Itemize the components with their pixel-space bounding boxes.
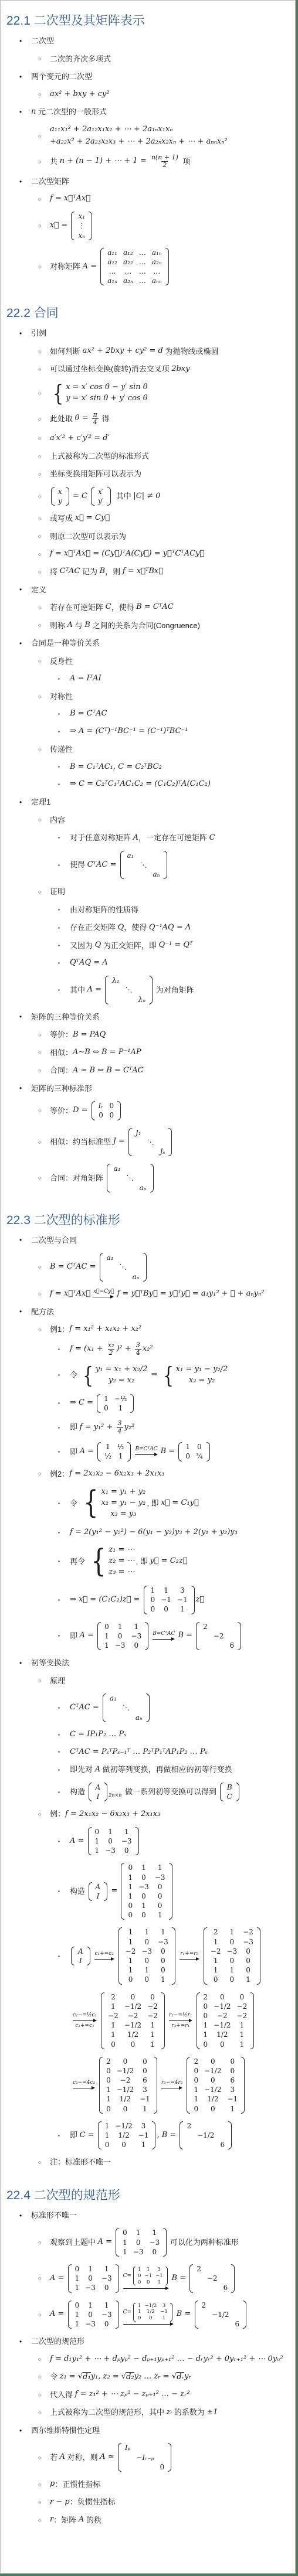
text-run: 即 [70, 1446, 80, 1458]
list-item: ▪⇒ C = 1−½01 [3, 1393, 294, 1413]
matrix-cell: 0 [158, 1604, 174, 1614]
matrix-cell: 0 [112, 2140, 135, 2149]
list-item: ○f = x⃗ᵀAx⃗x⃗=Cy⃗f = y⃗ᵀBy⃗ = y⃗ᵀy⃗ = a₁… [3, 1289, 294, 1300]
text-run: 上式被称为二次型的规范形，其中 [50, 2407, 167, 2418]
matrix-cell: 0 [125, 1910, 136, 1920]
math-inline: B = CᵀAC [70, 708, 107, 720]
math-line: +a₂₂x² + 2a₂₃x₂x₃ + ⋯ + 2a₂ₙx₂xₙ + ⋯ + a… [50, 137, 228, 148]
paren-right-icon [154, 2057, 157, 2114]
matrix-cell: −2 [105, 2011, 121, 2020]
math-inline: A [67, 620, 73, 631]
paren-right-icon [168, 2443, 171, 2472]
matrix-cell: −Iᵣ₋ₚ [133, 2453, 157, 2462]
matrix-cell: −3 [82, 2319, 99, 2329]
item-content: r：矩阵 A 的秩 [50, 2514, 294, 2526]
matrix-cell: 1 [234, 2030, 250, 2039]
text-run: ，使得 [111, 602, 137, 614]
equation-system: {x₁ = y₁ + y₂x₂ = y₁ − y₂x₃ = y₃ [81, 1487, 146, 1520]
bullet-icon: ○ [37, 91, 50, 97]
matrix-cell [157, 1137, 168, 1147]
paren-right-icon [146, 1694, 150, 1722]
matrix: 01110−31−30 [116, 2228, 167, 2257]
item-content: 代入得 f = z₁² + ⋯ zₚ² − zₚ₊₁² … − zᵣ² [50, 2389, 294, 2401]
sqrt-expression: √dᵣ [172, 2372, 184, 2381]
paren-left-icon [99, 2057, 103, 2114]
matrix: 2000−1/2−20−2−21−1/2111/21001 [197, 1992, 255, 2049]
system-line: x₂ = y₁ − y₂ [101, 1498, 145, 1509]
bullet-icon: ▪ [57, 2133, 70, 2138]
item-content: 西尔维斯特惯性定理 [31, 2425, 294, 2437]
text-run: 相似：约当标准型 [50, 1136, 113, 1148]
bullet-icon: ▪ [57, 987, 70, 993]
arrow-shaft-icon [93, 1294, 114, 1299]
matrix-cell: −2 [204, 2274, 221, 2283]
bullet-icon: ▪ [57, 1372, 70, 1378]
paren-right-icon [136, 1827, 139, 1856]
arrow-label: c₃+=c₁ [75, 2023, 94, 2029]
bullet-icon: ○ [37, 747, 50, 752]
bullet-icon: ▪ [57, 1401, 70, 1406]
matrix-cell: −1/2 [114, 2066, 137, 2076]
matrix-cell: 0 [223, 1975, 240, 1984]
text-run: 即 [70, 1630, 80, 1642]
matrix-cell [136, 985, 148, 994]
matrix-cell: a₁ [111, 1164, 124, 1173]
bullet-icon: • [18, 1013, 31, 1021]
text-run: 可以通过坐标变换(旋转)消去交叉项 [50, 363, 171, 375]
math-inline: f = x⃗ᵀAx⃗ = (Cy⃗)ᵀA(Cy⃗) = y⃗ᵀCᵀACy⃗ [50, 548, 204, 560]
matrix-cell [232, 2310, 243, 2319]
paren-right-icon [149, 976, 153, 1004]
text-run: 构造 [70, 1786, 87, 1798]
matrix-cell: 0 [143, 2315, 158, 2322]
item-content: 二次的齐次多项式 [50, 53, 294, 65]
matrix: 2−1/26 [195, 2301, 247, 2329]
transform-arrow: c₃−=4c₂ [73, 2080, 95, 2090]
matrix-cell: 1 [72, 2310, 83, 2319]
matrix-cell: a₁₂ [104, 257, 120, 267]
matrix-cell: −1 [154, 2273, 165, 2279]
matrix-cell: −1 [224, 2094, 241, 2104]
matrix: 1130−1−1001 [133, 2267, 167, 2285]
matrix-cell: 0 [136, 2315, 143, 2322]
matrix-cell: 2 [105, 1992, 121, 2002]
paren-left-icon [88, 1827, 92, 1856]
matrix: AI [89, 1783, 108, 1801]
fraction: n(n + 1)2 [150, 154, 180, 169]
paren-left-icon [220, 1783, 223, 1801]
matrix-cell: a₂ₙ [120, 276, 136, 285]
matrix-cell: 1 [99, 2264, 115, 2274]
document-page: 22.1 二次型及其矩阵表示•二次型○二次的齐次多项式•两个变元的二次型○ax²… [0, 0, 296, 2574]
matrix-cell: x₁ [75, 212, 88, 221]
math-inline: f = d₁y₁² + ⋯ + dₚyₚ² − dₚ₊₁yₚ₊₁² … − dᵣ… [50, 2354, 283, 2365]
matrix-cell: … [136, 267, 149, 276]
matrix-cell: aₙ [137, 1183, 150, 1192]
text-run: ，使得 [124, 922, 149, 933]
matrix-cell: −3 [147, 2238, 163, 2247]
item-content: ax² + bxy + cy² [50, 89, 294, 100]
matrix: 21−210−3−2−30100110001 [204, 1927, 260, 1984]
bullet-icon: ○ [37, 493, 50, 499]
text-run: 做初等列变换，再做相应的初等行变换 [100, 1764, 232, 1776]
matrix-cell: −1/2 [121, 2002, 144, 2011]
bullet-icon: ▪ [57, 835, 70, 840]
math-inline: |C| ≠ 0 [133, 491, 160, 502]
list-item: ○上式被称为二次型的规范形，其中 zᵢ 的系数为 ±1 [3, 2407, 294, 2418]
matrix-cell: −3 [112, 1641, 128, 1650]
paren-right-icon [241, 2057, 245, 2114]
item-content: a₁₁x₁² + 2a₁₂x₁x₂ + ⋯ + 2a₁ₙx₁xₙ+a₂₂x² +… [50, 124, 294, 148]
matrix-cell: 0 [128, 1641, 145, 1650]
matrix-cell: Iₚ [122, 2443, 134, 2452]
paren-right-icon [143, 1253, 147, 1282]
item-content: f = x⃗ᵀAx⃗x⃗=Cy⃗f = y⃗ᵀBy⃗ = y⃗ᵀy⃗ = a₁y… [50, 1289, 294, 1300]
bullet-icon: ○ [37, 533, 50, 539]
matrix-cell: 0 [191, 2076, 201, 2085]
matrix-cell: 2 [208, 1927, 224, 1937]
item-content: B = CᵀAC [70, 708, 294, 720]
item-content: CᵀAC = a₁⋱aₙ [70, 1693, 294, 1723]
paren-right-icon [161, 1992, 165, 2049]
bullet-icon: ○ [37, 1327, 50, 1333]
math-multiline: a₁₁x₁² + 2a₁₂x₁x₂ + ⋯ + 2a₁ₙx₁xₙ+a₂₂x² +… [50, 124, 228, 148]
math-inline: C [106, 602, 111, 613]
matrix: xy [51, 487, 69, 506]
transform-arrow: B=CᵀAC [135, 1446, 157, 1457]
matrix-cell: 1 [136, 1863, 152, 1872]
list-item: ○ax² + bxy + cy² [3, 89, 294, 100]
matrix-cell: 0 [148, 1595, 158, 1604]
paren-left-icon [195, 2301, 198, 2329]
math-inline: D = [73, 1105, 90, 1116]
list-item: ○或写成 x⃗ = Cy⃗ [3, 513, 294, 524]
math-inline: ±1 [206, 2407, 218, 2418]
list-item: ○反身性 [3, 656, 294, 667]
list-item: ○对称性 [3, 691, 294, 703]
matrix-cell: J₁ [133, 1128, 144, 1137]
matrix-cell: 6 [224, 2076, 241, 2085]
paren-right-icon [152, 2121, 155, 2150]
matrix-cell [227, 1631, 238, 1641]
matrix: 1−1/2311/2−1001 [133, 2303, 172, 2322]
item-content: 则原二次型可以表示为 [50, 531, 294, 543]
arrow-label: C=1−1/2311/2−1001 [123, 2302, 174, 2322]
bullet-icon: ▪ [57, 1839, 70, 1844]
paren-left-icon [189, 2264, 193, 2293]
matrix-cell: 1/2 [143, 2309, 158, 2315]
matrix: 01110−31−30 [68, 2264, 119, 2293]
matrix-cell: … [136, 248, 149, 257]
matrix-cell: 1 [72, 2274, 83, 2283]
matrix-cell: −2 [234, 2011, 250, 2020]
matrix-cell: −1/2 [211, 2020, 233, 2030]
matrix-cell: 0 [240, 1956, 256, 1965]
paren-right-icon [163, 2228, 167, 2257]
matrix-cell: 0 [112, 1631, 128, 1641]
matrix-cell [133, 2443, 157, 2452]
list-item: ▪存在正交矩阵 Q，使得 Q⁻¹AQ = Λ [3, 922, 294, 933]
math-inline: a′x′² + c′y′² = d′ [50, 433, 110, 444]
list-item: ○A = 01110−31−30C=1−1/2311/2−1001B = 2−1… [3, 2300, 294, 2330]
matrix-cell: ⋮ [75, 221, 88, 230]
math-inline: B = [161, 1446, 178, 1457]
text-run: 项 [181, 156, 191, 168]
text-run: 二次型 [31, 35, 54, 47]
math-inline: A = [83, 261, 100, 272]
math-inline: A [60, 2452, 65, 2463]
matrix-cell: −1 [137, 2094, 153, 2104]
equation-system: {z₁ = ⋯z₂ = ⋯z₃ = ⋯ [89, 1545, 135, 1578]
matrix: 11110−3−2−30100110001 [118, 1927, 175, 1984]
item-content: 两个变元的二次型 [31, 71, 294, 83]
list-item: ○例1：f = x₁² + x₁x₂ + x₂² [3, 1324, 294, 1335]
item-content: A = 01110−31−30C=1130−1−1001B = 2−26 [50, 2264, 294, 2294]
item-content: f = x⃗ᵀAx⃗ = (Cy⃗)ᵀA(Cy⃗) = y⃗ᵀCᵀACy⃗ [50, 548, 294, 560]
paren-right-icon [107, 487, 111, 506]
matrix-cell [120, 1694, 133, 1703]
bullet-icon: ○ [37, 658, 50, 664]
matrix-cell: 0 [208, 1975, 224, 1984]
math-inline: ⇒ [148, 1369, 160, 1381]
paren-right-icon [191, 1586, 195, 1614]
matrix-cell: a₁ [104, 1253, 117, 1262]
text-run: 例2： [50, 1468, 69, 1480]
matrix-cell: 0 [137, 2057, 153, 2066]
matrix-cell: 0 [114, 2104, 137, 2114]
list-item: ▪c₃−=4c₂2000−1/200−261−1/2311/2−1001r₃−=… [3, 2056, 294, 2114]
bullet-icon: ○ [37, 1050, 50, 1055]
list-item: ▪对于任意对称矩阵 A，一定存在可逆矩阵 C [3, 832, 294, 844]
paren-right-icon [150, 1164, 154, 1192]
bullet-icon: ▪ [57, 1530, 70, 1535]
list-item: ○则称 A 与 B 之间的关系为合同(Congruence) [3, 620, 294, 632]
system-line: y₁ = x₁ + x₂/2 [96, 1364, 148, 1375]
bullet-icon: ▪ [57, 907, 70, 912]
paren-left-icon [116, 2228, 119, 2257]
matrix-cell: 0 [148, 1604, 158, 1614]
matrix-cell: x [55, 487, 65, 496]
math-inline: zᵢ [167, 2407, 172, 2418]
text-run: 令 [70, 1498, 80, 1510]
matrix: a₁⋱aₙ [103, 1694, 150, 1722]
list-item: ○等价：D = Iᵣ000 [3, 1100, 294, 1120]
matrix-cell [104, 1272, 117, 1282]
bullet-icon: ▪ [57, 1749, 70, 1754]
matrix-cell: 1 [123, 1937, 139, 1947]
matrix-cell: 1 [152, 1910, 168, 1920]
item-content: p：正惯性指标 [50, 2479, 294, 2490]
matrix-cell: y′ [95, 496, 107, 506]
matrix-cell [200, 1641, 211, 1650]
item-content: 证明 [50, 886, 294, 898]
matrix-cell: 1 [136, 2140, 152, 2149]
item-content: A = IᵀAI [70, 673, 294, 684]
matrix-cell: 2 [199, 2301, 209, 2310]
matrix-cell: … [149, 267, 165, 276]
math-inline: yᵣ [184, 2371, 191, 2383]
arrow-shaft-icon [73, 2086, 95, 2090]
matrix-cell [211, 1641, 227, 1650]
paren-right-icon [169, 1863, 172, 1920]
matrix-cell: 0 [72, 2264, 83, 2274]
math-inline: C = [80, 2130, 97, 2141]
fraction: x₂2 [107, 1342, 116, 1357]
bullet-icon: ○ [37, 2392, 50, 2398]
bullet-icon: ○ [37, 889, 50, 895]
matrix-cell: 0 [137, 2066, 153, 2076]
text-run: 等价： [50, 1029, 73, 1041]
item-content: f = d₁y₁² + ⋯ + dₚyₚ² − dₚ₊₁yₚ₊₁² … − dᵣ… [50, 2354, 294, 2365]
paren-right-icon [206, 1442, 210, 1461]
matrix-cell: … [136, 257, 149, 267]
bullet-icon: ○ [37, 817, 50, 823]
matrix-cell: 0 [223, 1956, 240, 1965]
bullet-icon: ▪ [57, 1889, 70, 1894]
matrix-cell: a₁ [107, 1694, 120, 1703]
item-content: ⇒ C = 1−½01 [70, 1393, 294, 1413]
paren-right-icon [130, 1394, 134, 1413]
list-item: ○若 A 对称，则 A ≃ Iₚ−Iᵣ₋ₚ0 [3, 2442, 294, 2472]
brace-icon: { [53, 384, 63, 402]
paren-left-icon [97, 1394, 100, 1413]
transform-arrow: C=1−1/2311/2−1001 [123, 2302, 174, 2327]
paren-left-icon [51, 487, 55, 506]
matrix-cell: −1/2 [211, 2002, 233, 2011]
item-content: 将 CᵀAC 记为 B，则 f = x⃗ᵀBx⃗ [50, 566, 294, 578]
matrix: 1−½01 [97, 1394, 134, 1413]
paren-right-icon [165, 248, 169, 286]
matrix-cell: −3 [102, 1846, 118, 1855]
matrix-cell: 0 [121, 2040, 144, 2049]
matrix-cell: −3 [128, 1631, 145, 1641]
matrix-cell: 1 [101, 1631, 112, 1641]
list-item: ○A = 01110−31−30C=1130−1−1001B = 2−26 [3, 2264, 294, 2294]
paren-left-icon [100, 1253, 103, 1282]
list-item: ○上式被称为二次型的标准形式 [3, 451, 294, 462]
arrow-label: c₁+=c₂ [94, 1951, 113, 1957]
matrix-cell: 0 [138, 1956, 155, 1965]
matrix-cell [124, 1183, 137, 1192]
matrix-cell: 0 [102, 2140, 113, 2149]
math-inline: ax² + bxy + cy² [50, 89, 109, 100]
matrix-cell: 0 [103, 2076, 114, 2085]
item-content: 合同：A ≃ B ⇔ B = CᵀAC [50, 1065, 294, 1076]
matrix-cell: 1 [103, 2085, 114, 2094]
list-item: ○令 z₁ = √d₁y₁, z₂ = √d₂y₂ … zᵣ = √dᵣyᵣ [3, 2371, 294, 2383]
matrix-cell: 1 [147, 2228, 163, 2237]
matrix-cell: I [93, 1892, 104, 1901]
paren-right-icon [116, 2301, 119, 2329]
list-item: ○f = x⃗ᵀAx⃗ = (Cy⃗)ᵀA(Cy⃗) = y⃗ᵀCᵀACy⃗ [3, 548, 294, 560]
matrix-cell: 1 [234, 2040, 250, 2049]
math-inline: y₂² [124, 1422, 135, 1433]
bullet-icon: ▪ [57, 764, 70, 769]
bullet-icon: ▪ [57, 960, 70, 966]
matrix-cell: 6 [232, 2319, 243, 2329]
list-item: ○代入得 f = z₁² + ⋯ zₚ² − zₚ₊₁² … − zᵣ² [3, 2389, 294, 2401]
item-content: 例：f = 2x₁x₂ − 6x₂x₃ + 2x₁x₃ [50, 1808, 294, 1820]
item-content: 反身性 [50, 656, 294, 667]
matrix-cell: 6 [217, 2140, 228, 2149]
text-run: 内容 [50, 815, 65, 826]
matrix-cell: 1 [123, 1927, 139, 1937]
matrix-cell: ⋱ [137, 860, 150, 870]
matrix-cell: 0 [201, 2076, 224, 2085]
item-content: 由对称矩阵的性质得 [70, 904, 294, 916]
matrix: 2−26 [196, 1622, 241, 1651]
matrix-cell [107, 1703, 120, 1712]
math-inline: x₂² [143, 1344, 153, 1355]
math-inline: B = [177, 2309, 194, 2320]
math-inline: f = 2x₁x₂ − 6x₂x₃ + 2x₁x₃ [65, 1809, 160, 1820]
matrix-cell: 0 [223, 1937, 240, 1947]
matrix-cell [204, 2283, 221, 2292]
matrix-cell: 1 [125, 1892, 136, 1901]
item-content: 若 A 对称，则 A ≃ Iₚ−Iᵣ₋ₚ0 [50, 2442, 294, 2472]
fraction: π4 [92, 411, 99, 427]
matrix-cell: 1 [72, 2319, 83, 2329]
item-content: 构造 AI = 01110−31−30100010001 [70, 1862, 294, 1920]
bullet-icon: ○ [37, 551, 50, 557]
matrix-cell: 3 [137, 2085, 153, 2094]
matrix-cell: −3 [155, 1937, 171, 1947]
list-item: •二次型矩阵 [3, 176, 294, 188]
matrix-cell: 0 [99, 2319, 115, 2329]
matrix-cell: 1 [208, 1937, 224, 1947]
matrix-cell: 1 [182, 1442, 193, 1451]
paren-left-icon [97, 1622, 101, 1651]
text-run: 即 [70, 1422, 80, 1433]
list-item: ▪令 {x₁ = y₁ + y₂x₂ = y₁ − y₂x₃ = y₃, 即 x… [3, 1486, 294, 1521]
bullet-icon: ▪ [57, 711, 70, 717]
list-item: ○注：标准形不唯一 [3, 2156, 294, 2168]
text-run: 对称性 [50, 691, 73, 703]
matrix: 01110−31−30 [97, 1622, 148, 1651]
text-run: 若存在可逆矩阵 [50, 602, 106, 614]
matrix-cell: 1 [105, 2002, 121, 2011]
item-content: 其中 Λ = λ₁⋱λₙ 为对角矩阵 [70, 975, 294, 1005]
matrix-cell: y [55, 496, 65, 506]
matrix-cell: 1 [148, 1586, 158, 1595]
arrow-label: r₂−=½r₁ [169, 2012, 192, 2018]
matrix-cell: 0 [82, 2310, 99, 2319]
system-line: y = x′ sin θ + y′ cos θ [66, 393, 147, 404]
bullet-icon: ○ [37, 416, 50, 422]
list-item: ○f = d₁y₁² + ⋯ + dₚyₚ² − dₚ₊₁yₚ₊₁² … − d… [3, 2354, 294, 2365]
system-line: y₂ = x₂ [109, 1375, 134, 1386]
matrix-cell: −1/2 [121, 2020, 144, 2030]
math-inline: f = x₁² + x₁x₂ + x₂² [69, 1324, 141, 1335]
text-run: 引例 [31, 328, 46, 339]
matrix-cell: 0 [240, 1965, 256, 1975]
text-run: 相似： [50, 1047, 73, 1059]
math-inline: = [109, 1886, 120, 1897]
list-item: ○p：正惯性指标 [3, 2479, 294, 2490]
bullet-icon: ▪ [57, 1732, 70, 1737]
matrix-cell: 0 [224, 2066, 241, 2076]
matrix-cell: 1 [136, 1901, 152, 1910]
matrix: 1½½1 [97, 1442, 131, 1461]
arrow-shaft-icon [123, 2286, 169, 2291]
text-run: 定理1 [31, 796, 50, 808]
text-run: ：负惯性指标 [70, 2496, 116, 2508]
text-run: 存在正交矩阵 [70, 922, 118, 933]
math-inline: A = [70, 1836, 87, 1847]
matrix-cell: 0 [224, 2057, 241, 2066]
math-inline: p [50, 2479, 55, 2490]
matrix-cell: 0 [211, 1992, 233, 2002]
